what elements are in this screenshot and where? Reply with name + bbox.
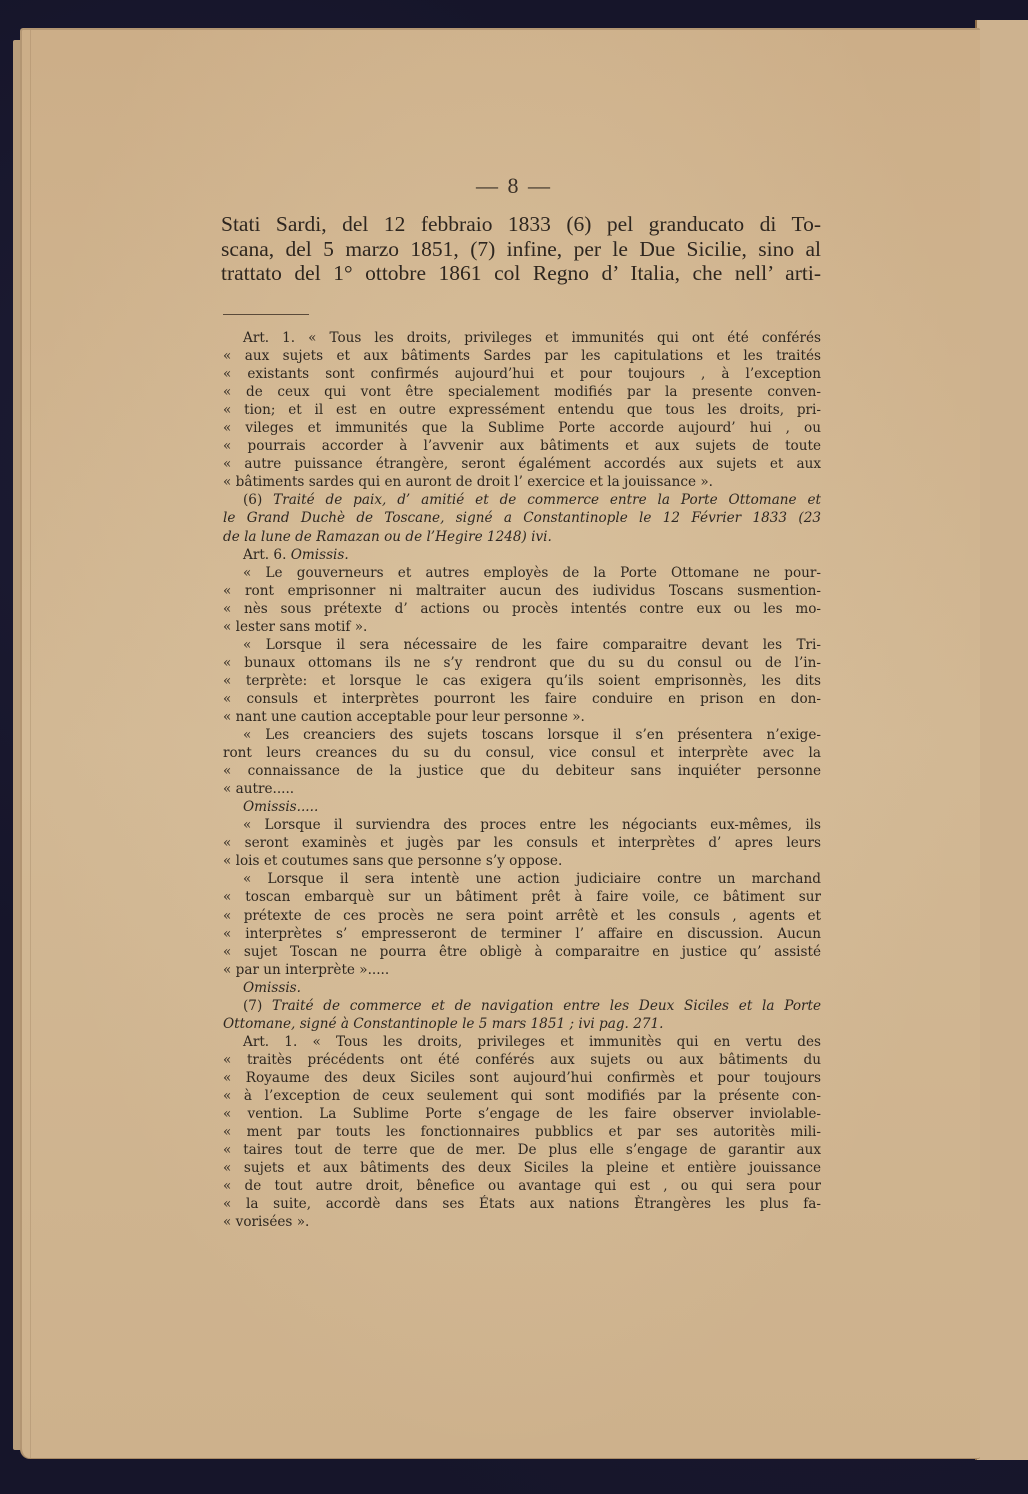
footnote-line: « interprètes s’ empresseront de termine… <box>223 925 821 943</box>
footnote-line: « à l’exception de ceux seulement qui so… <box>223 1087 821 1105</box>
footnote-line: « par un interprète »..... <box>223 961 821 979</box>
footnote-line: « Les creanciers des sujets toscans lors… <box>223 726 821 744</box>
footnote-line: « prétexte de ces procès ne sera point a… <box>223 907 821 925</box>
footnote-line: « vorisées ». <box>223 1213 821 1231</box>
page-fold-line <box>30 30 31 1458</box>
footnote-line: « sujets et aux bâtiments des deux Sicil… <box>223 1159 821 1177</box>
footnote-line: « connaissance de la justice que du debi… <box>223 762 821 780</box>
footnote-line: « autre puissance étrangère, seront égal… <box>223 455 821 473</box>
footnote-line: Art. 6. Omissis. <box>223 546 821 564</box>
footnote-line: « tion; et il est en outre expressément … <box>223 401 821 419</box>
main-text-line: scana, del 5 marzo 1851, (7) infine, per… <box>221 237 821 262</box>
footnote-line: ront leurs creances du su du consul, vic… <box>223 744 821 762</box>
main-text-line: trattato del 1° ottobre 1861 col Regno d… <box>221 261 821 286</box>
footnote-line: « bunaux ottomans ils ne s’y rendront qu… <box>223 654 821 672</box>
footnote-line: Art. 1. « Tous les droits, privileges et… <box>223 329 821 347</box>
footnote-line: « lois et coutumes sans que personne s’y… <box>223 852 821 870</box>
page-number: — 8 — <box>0 173 1028 199</box>
footnote-line: « Lorsque il surviendra des proces entre… <box>223 816 821 834</box>
main-text: Stati Sardi, del 12 febbraio 1833 (6) pe… <box>221 212 821 286</box>
footnote-line: « traitès précédents ont été conférés au… <box>223 1051 821 1069</box>
footnote-line: (6) Traité de paix, d’ amitié et de comm… <box>223 491 821 509</box>
footnote-line: « toscan embarquè sur un bâtiment prêt à… <box>223 888 821 906</box>
footnote-line: « existants sont confirmés aujourd’hui e… <box>223 365 821 383</box>
footnote-line: « lester sans motif ». <box>223 618 821 636</box>
footnote-line: « la suite, accordè dans ses États aux n… <box>223 1195 821 1213</box>
footnote-line: « consuls et interprètes pourront les fa… <box>223 690 821 708</box>
footnote-separator <box>223 314 309 315</box>
footnote-line: « ront emprisonner ni maltraiter aucun d… <box>223 582 821 600</box>
footnote-line: « bâtiments sardes qui en auront de droi… <box>223 473 821 491</box>
footnote-line: (7) Traité de commerce et de navigation … <box>223 997 821 1015</box>
footnote-line: « Le gouverneurs et autres employès de l… <box>223 564 821 582</box>
footnote-line: « Lorsque il sera nécessaire de les fair… <box>223 636 821 654</box>
footnote-line: « ment par touts les fonctionnaires pubb… <box>223 1123 821 1141</box>
footnote-line: « pourrais accorder à l’avvenir aux bâti… <box>223 437 821 455</box>
footnote-line: « nès sous prétexte d’ actions ou procès… <box>223 600 821 618</box>
footnote-line: « terprète: et lorsque le cas exigera qu… <box>223 672 821 690</box>
footnote-line: le Grand Duchè de Toscane, signé a Const… <box>223 509 821 527</box>
footnote-line: « taires tout de terre que de mer. De pl… <box>223 1141 821 1159</box>
footnote-line: « vileges et immunités que la Sublime Po… <box>223 419 821 437</box>
footnote-line: « vention. La Sublime Porte s’engage de … <box>223 1105 821 1123</box>
footnote-line: « autre..... <box>223 780 821 798</box>
footnote-line: « Lorsque il sera intentè une action jud… <box>223 870 821 888</box>
footnote-line: « sujet Toscan ne pourra être obligè à c… <box>223 943 821 961</box>
adjacent-page-edge <box>975 20 1028 1460</box>
footnote-line: « Royaume des deux Siciles sont aujourd’… <box>223 1069 821 1087</box>
footnote-line: Omissis. <box>223 979 821 997</box>
footnote-line: « nant une caution acceptable pour leur … <box>223 708 821 726</box>
footnote-line: Art. 1. « Tous les droits, privileges et… <box>223 1033 821 1051</box>
footnotes: Art. 1. « Tous les droits, privileges et… <box>223 329 821 1231</box>
main-text-line: Stati Sardi, del 12 febbraio 1833 (6) pe… <box>221 212 821 237</box>
footnote-line: de la lune de Ramazan ou de l’Hegire 124… <box>223 528 821 546</box>
footnote-line: « aux sujets et aux bâtiments Sardes par… <box>223 347 821 365</box>
footnote-line: « seront examinès et jugès par les consu… <box>223 834 821 852</box>
footnote-line: Ottomane, signé à Constantinople le 5 ma… <box>223 1015 821 1033</box>
footnote-line: Omissis..... <box>223 798 821 816</box>
footnote-line: « de tout autre droit, bênefice ou avant… <box>223 1177 821 1195</box>
footnote-line: « de ceux qui vont être specialement mod… <box>223 383 821 401</box>
